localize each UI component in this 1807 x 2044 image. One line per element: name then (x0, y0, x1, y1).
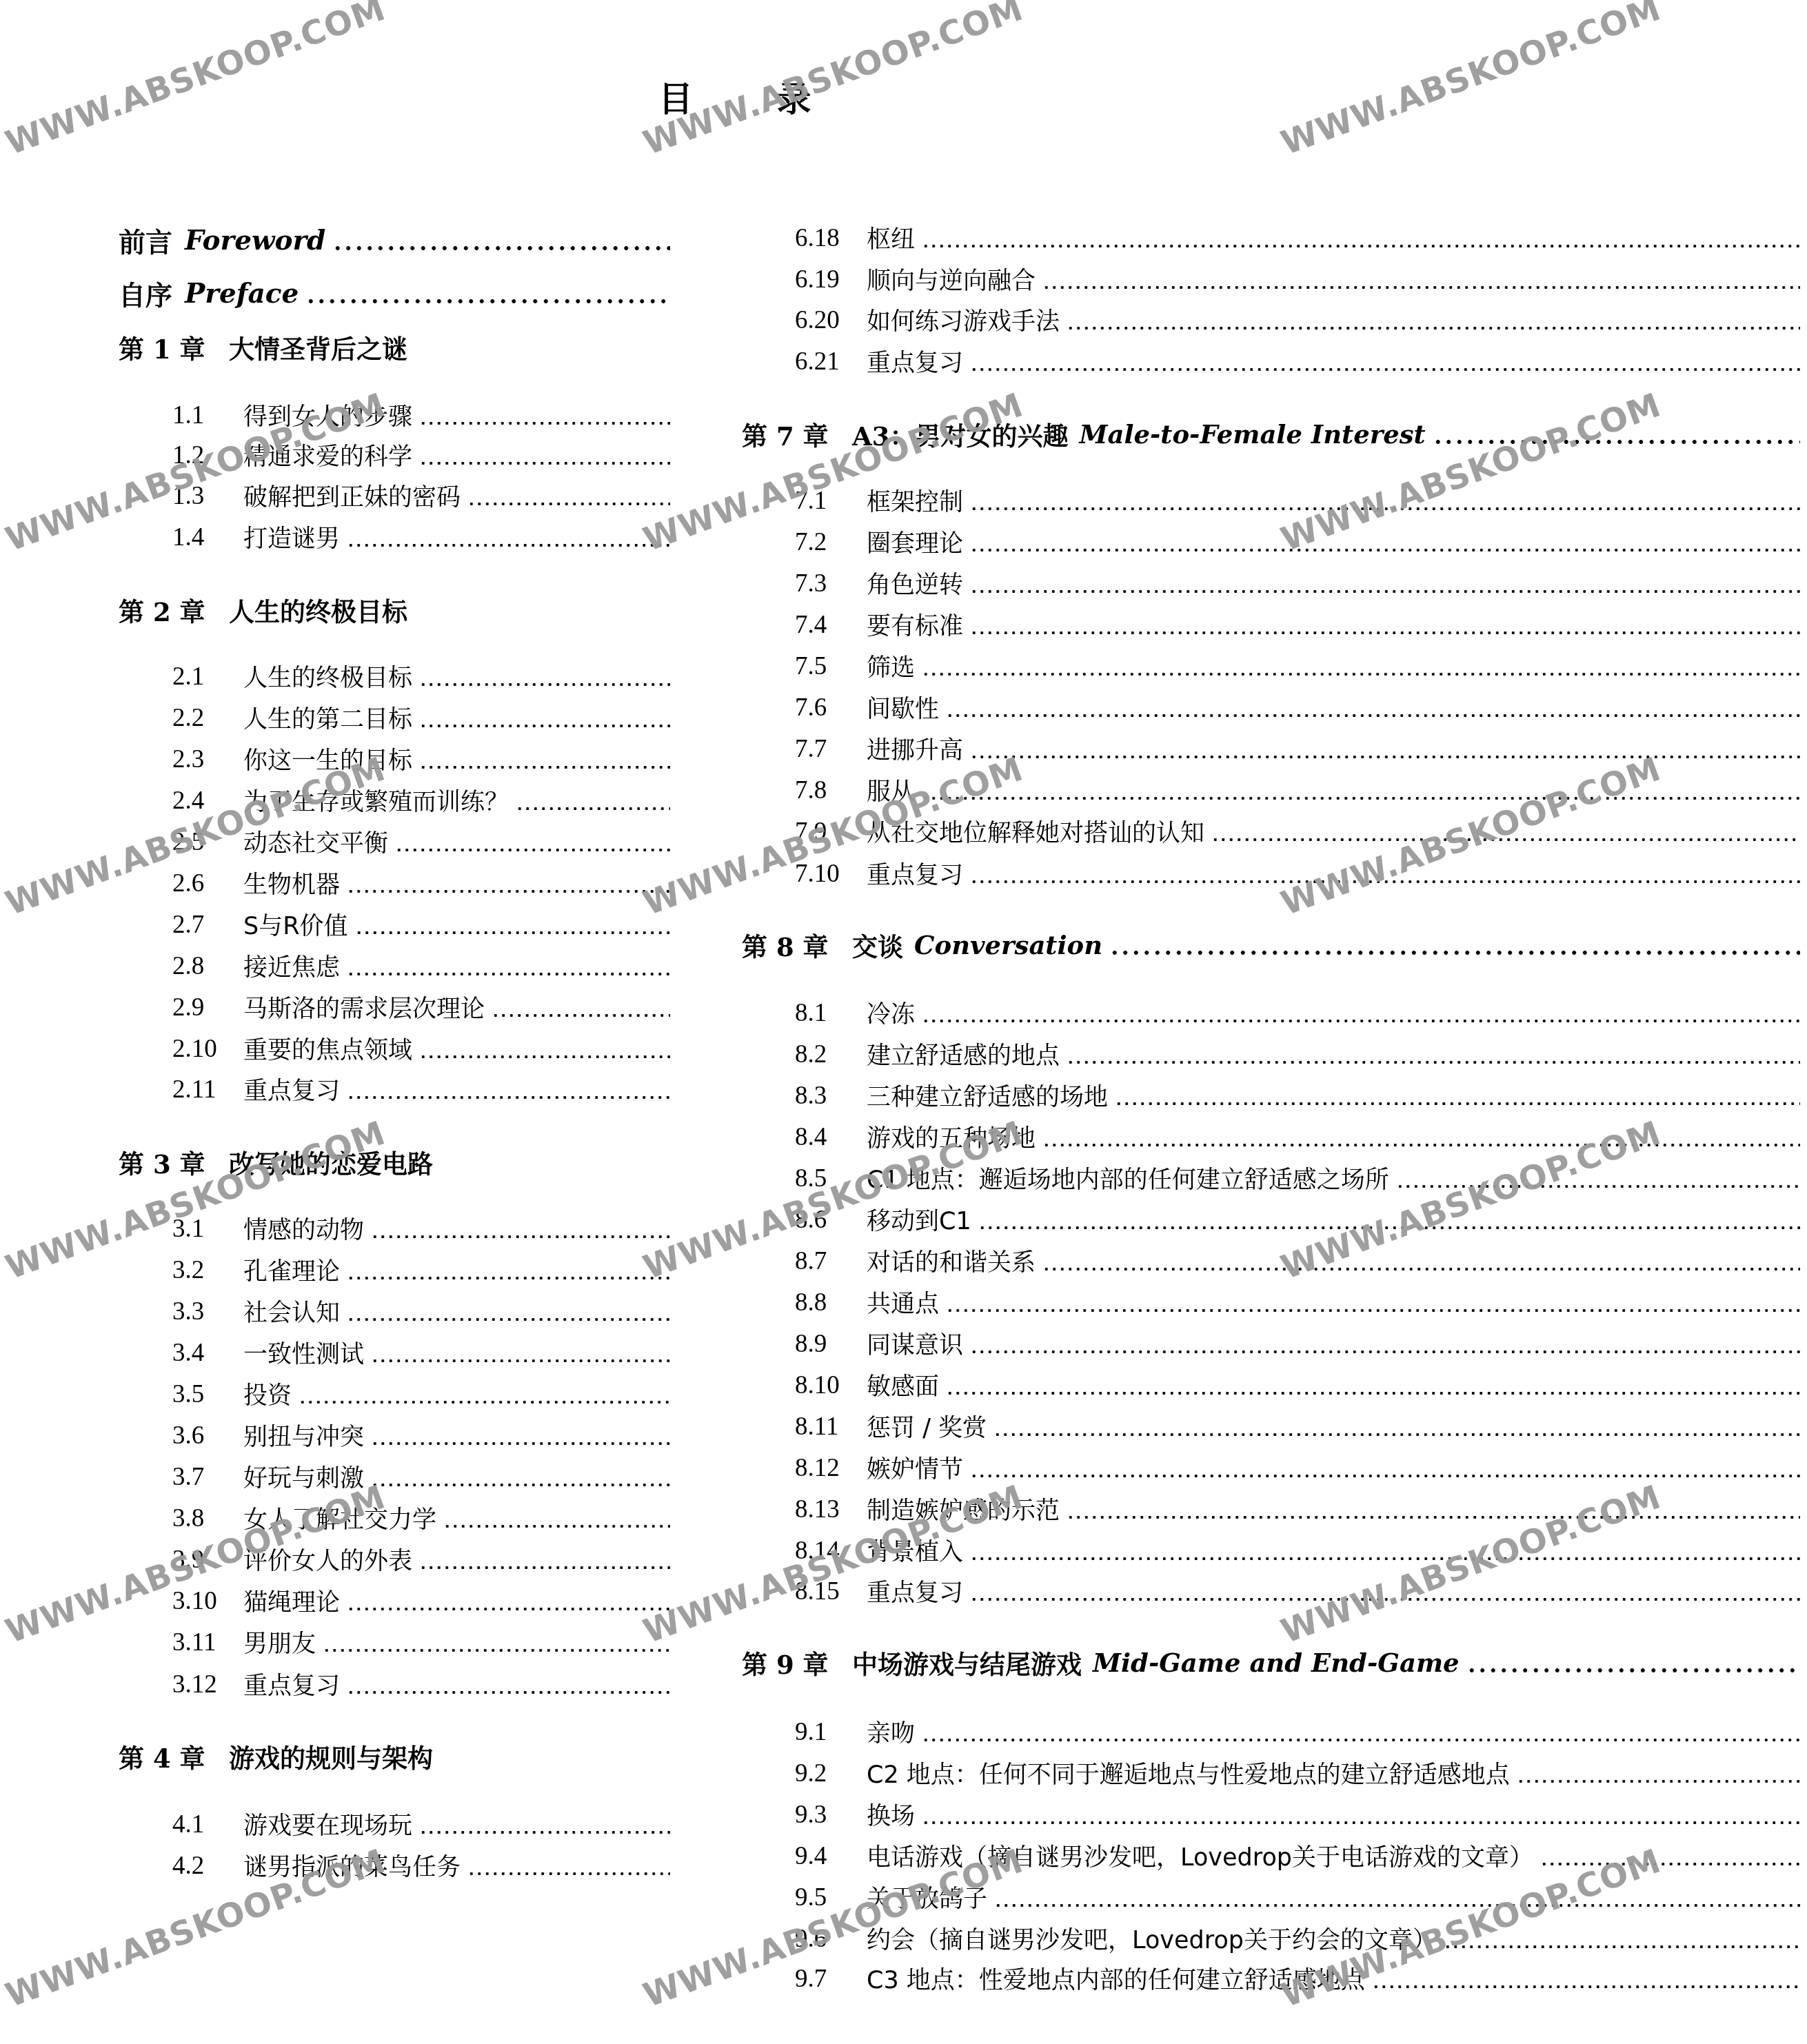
dot-leader (970, 344, 1800, 378)
toc-section-entry[interactable]: 2.4为了生存或繁殖而训练？ (119, 783, 670, 818)
toc-section-entry[interactable]: 3.1情感的动物 (119, 1211, 670, 1246)
toc-front-matter-entry[interactable]: 前言Foreword (119, 223, 670, 258)
dot-leader (1211, 814, 1800, 849)
section-title: 游戏要在现场玩 (243, 1807, 412, 1841)
dot-leader (1067, 1037, 1800, 1071)
section-number: 9.5 (795, 1883, 867, 1912)
dot-leader (419, 659, 670, 694)
dot-leader (922, 1797, 1800, 1832)
section-number: 6.18 (795, 223, 867, 253)
dot-leader (347, 1583, 670, 1618)
dot-leader (299, 1377, 670, 1411)
section-number: 3.10 (172, 1586, 243, 1616)
dot-leader (970, 525, 1800, 559)
section-title: 人生的第二目标 (243, 700, 412, 735)
dot-leader (323, 1625, 670, 1659)
section-title: 重点复习 (243, 1667, 340, 1701)
dot-leader (1067, 303, 1800, 337)
watermark-text: WWW.ABSKOOP.COM (1, 0, 391, 163)
toc-section-entry[interactable]: 2.11重点复习 (119, 1072, 670, 1106)
section-number: 1.3 (172, 481, 243, 511)
toc-section-entry[interactable]: 1.1得到女人的步骤 (119, 398, 670, 432)
section-number: 2.4 (172, 786, 243, 816)
dot-leader (1372, 1961, 1800, 1996)
section-number: 6.20 (795, 305, 867, 335)
section-number: 1.4 (172, 523, 243, 552)
dot-leader (371, 1459, 670, 1494)
toc-section-entry[interactable]: 8.3三种建立舒适感的场地 (742, 1078, 1800, 1113)
section-title: 约会（摘自谜男沙发吧，Lovedrop关于约会的文章） (867, 1921, 1437, 1956)
section-number: 3.7 (172, 1462, 243, 1492)
toc-section-entry[interactable]: 3.6别扭与冲突 (119, 1418, 670, 1453)
section-number: 9.6 (795, 1924, 867, 1954)
section-number: 8.1 (795, 998, 867, 1028)
section-number: 2.6 (172, 869, 243, 898)
dot-leader (347, 866, 670, 900)
section-number: 2.10 (172, 1034, 243, 1064)
section-number: 3.9 (172, 1545, 243, 1575)
toc-section-entry[interactable]: 9.3换场 (742, 1797, 1800, 1832)
section-number: 3.2 (172, 1255, 243, 1285)
section-title: 孔雀理论 (243, 1253, 340, 1287)
dot-leader (419, 742, 670, 776)
chapter-number: 第 3 章 (119, 1144, 229, 1181)
section-title: 接近焦虑 (243, 949, 340, 983)
dot-leader (395, 824, 670, 859)
dot-leader (1115, 1078, 1800, 1113)
toc-section-entry[interactable]: 7.10重点复习 (742, 856, 1800, 891)
toc-section-entry[interactable]: 4.2谜男指派的菜鸟任务 (119, 1848, 670, 1883)
section-title: 关于放鸽子 (867, 1880, 987, 1914)
toc-section-entry[interactable]: 2.8接近焦虑 (119, 949, 670, 983)
section-number: 9.7 (795, 1964, 867, 1994)
chapter-title-zh: 交谈 (852, 927, 903, 964)
toc-section-entry[interactable]: 7.2圈套理论 (742, 525, 1800, 559)
section-title: 敏感面 (867, 1368, 939, 1402)
section-title: 猫绳理论 (243, 1583, 340, 1618)
toc-section-entry[interactable]: 2.1人生的终极目标 (119, 659, 670, 694)
section-number: 6.21 (795, 347, 867, 376)
section-title: 重要的焦点领域 (243, 1031, 412, 1066)
dot-leader (347, 1294, 670, 1328)
section-title: 筛选 (867, 649, 915, 683)
section-number: 7.8 (795, 776, 867, 805)
dot-leader (1109, 928, 1800, 962)
toc-section-entry[interactable]: 3.7好玩与刺激 (119, 1459, 670, 1494)
chapter-title-en: Mid-Game and End-Game (1093, 1648, 1460, 1678)
dot-leader (371, 1211, 670, 1246)
dot-leader (970, 856, 1800, 891)
section-title: 人生的终极目标 (243, 659, 412, 694)
section-title: 间歇性 (867, 690, 939, 725)
section-title: 社会认知 (243, 1294, 340, 1328)
toc-section-entry[interactable]: 2.3你这一生的目标 (119, 742, 670, 776)
dot-leader (347, 520, 670, 554)
page-title: 目 录 (658, 77, 847, 121)
dot-leader (970, 1450, 1800, 1485)
section-title: C2 地点：任何不同于邂逅地点与性爱地点的建立舒适感地点 (867, 1756, 1510, 1790)
section-title: 为了生存或繁殖而训练？ (243, 783, 509, 818)
toc-section-entry[interactable]: 7.7进挪升高 (742, 731, 1800, 766)
section-number: 2.2 (172, 703, 243, 733)
toc-section-entry[interactable]: 3.4一致性测试 (119, 1335, 670, 1370)
chapter-title-en: Male-to-Female Interest (1079, 419, 1425, 449)
dot-leader (946, 1368, 1800, 1402)
toc-section-entry[interactable]: 1.4打造谜男 (119, 520, 670, 554)
section-number: 3.4 (172, 1338, 243, 1368)
section-title: 枢纽 (867, 221, 915, 255)
chapter-number: 第 8 章 (742, 927, 852, 964)
section-title: 制造嫉妒感的示范 (867, 1492, 1060, 1526)
dot-leader (443, 1501, 670, 1535)
section-number: 8.11 (795, 1412, 867, 1441)
dot-leader (419, 438, 670, 472)
toc-section-entry[interactable]: 8.11惩罚 / 奖赏 (742, 1409, 1800, 1444)
dot-leader (1042, 1244, 1800, 1278)
toc-section-entry[interactable]: 9.1亲吻 (742, 1714, 1800, 1749)
toc-section-entry[interactable]: 8.13制造嫉妒感的示范 (742, 1492, 1800, 1526)
dot-leader (1517, 1756, 1800, 1790)
dot-leader (993, 1409, 1800, 1444)
section-title: 嫉妒情节 (867, 1450, 963, 1485)
dot-leader (970, 566, 1800, 600)
toc-section-entry[interactable]: 8.6移动到C1 (742, 1202, 1800, 1237)
section-title: 电话游戏（摘自谜男沙发吧，Lovedrop关于电话游戏的文章） (867, 1839, 1533, 1873)
section-title: C3 地点：性爱地点内部的任何建立舒适感地点 (867, 1961, 1365, 1996)
toc-section-entry[interactable]: 8.1冷冻 (742, 995, 1800, 1030)
dot-leader (970, 483, 1800, 518)
toc-chapter-heading[interactable]: 第 7 章A3：男对女的兴趣Male-to-Female Interest (742, 417, 1800, 452)
toc-section-entry[interactable]: 6.20如何练习游戏手法 (742, 303, 1800, 337)
dot-leader (419, 700, 670, 735)
toc-section-entry[interactable]: 6.21重点复习 (742, 344, 1800, 378)
toc-chapter-heading[interactable]: 第 4 章游戏的规则与架构 (119, 1739, 670, 1774)
toc-chapter-heading[interactable]: 第 1 章大情圣背后之谜 (119, 330, 670, 365)
dot-leader (332, 223, 670, 258)
section-number: 8.9 (795, 1329, 867, 1359)
chapter-title-zh: 大情圣背后之谜 (229, 329, 407, 366)
section-number: 8.6 (795, 1205, 867, 1235)
dot-leader (1042, 262, 1800, 296)
dot-leader (1067, 1492, 1800, 1526)
section-number: 9.2 (795, 1759, 867, 1788)
toc-section-entry[interactable]: 8.7对话的和谐关系 (742, 1244, 1800, 1278)
toc-section-entry[interactable]: 8.2建立舒适感的地点 (742, 1037, 1800, 1071)
section-number: 8.2 (795, 1040, 867, 1069)
section-title: 游戏的五种场地 (867, 1120, 1036, 1154)
section-title: 从社交地位解释她对搭讪的认知 (867, 814, 1204, 849)
toc-section-entry[interactable]: 7.5筛选 (742, 649, 1800, 683)
section-number: 2.11 (172, 1075, 243, 1104)
section-number: 3.6 (172, 1421, 243, 1450)
section-title: 打造谜男 (243, 520, 340, 554)
section-number: 2.3 (172, 745, 243, 774)
dot-leader (467, 1848, 670, 1883)
section-title: 对话的和谐关系 (867, 1244, 1036, 1278)
section-title: 亲吻 (867, 1714, 915, 1749)
entry-title-en: Foreword (185, 225, 325, 256)
section-title: 重点复习 (867, 344, 963, 378)
section-number: 8.4 (795, 1122, 867, 1152)
dot-leader (305, 276, 670, 311)
toc-section-entry[interactable]: 2.2人生的第二目标 (119, 700, 670, 735)
toc-section-entry[interactable]: 2.10重要的焦点领域 (119, 1031, 670, 1066)
section-title: 谜男指派的菜鸟任务 (243, 1848, 461, 1883)
toc-section-entry[interactable]: 7.4要有标准 (742, 607, 1800, 642)
dot-leader (970, 731, 1800, 766)
section-title: 三种建立舒适感的场地 (867, 1078, 1108, 1113)
dot-leader (922, 221, 1800, 255)
section-number: 7.2 (795, 527, 867, 557)
toc-section-entry[interactable]: 3.12重点复习 (119, 1667, 670, 1701)
section-title: 框架控制 (867, 483, 963, 518)
toc-section-entry[interactable]: 7.3角色逆转 (742, 566, 1800, 600)
toc-section-entry[interactable]: 3.9评价女人的外表 (119, 1542, 670, 1577)
toc-front-matter-entry[interactable]: 自序Preface (119, 276, 670, 311)
section-title: 重点复习 (867, 1574, 963, 1608)
watermark-text: WWW.ABSKOOP.COM (1276, 0, 1666, 163)
section-title: 你这一生的目标 (243, 742, 412, 776)
section-title: 惩罚 / 奖赏 (867, 1409, 987, 1444)
section-number: 8.13 (795, 1495, 867, 1524)
toc-section-entry[interactable]: 2.9马斯洛的需求层次理论 (119, 990, 670, 1024)
section-title: 生物机器 (243, 866, 340, 900)
section-title: 动态社交平衡 (243, 824, 388, 859)
section-title: 建立舒适感的地点 (867, 1037, 1060, 1071)
dot-leader (922, 649, 1800, 683)
section-number: 7.10 (795, 859, 867, 889)
entry-title-zh: 自序 (119, 274, 172, 313)
toc-section-entry[interactable]: 8.5C1 地点：邂逅场地内部的任何建立舒适感之场所 (742, 1161, 1800, 1195)
dot-leader (371, 1335, 670, 1370)
dot-leader (371, 1418, 670, 1453)
chapter-title-zh: 人生的终极目标 (229, 591, 407, 629)
chapter-number: 第 2 章 (119, 591, 229, 629)
chapter-title-zh: 改写她的恋爱电路 (229, 1144, 433, 1181)
toc-section-entry[interactable]: 8.4游戏的五种场地 (742, 1120, 1800, 1154)
toc-section-entry[interactable]: 2.6生物机器 (119, 866, 670, 900)
section-number: 8.15 (795, 1577, 867, 1606)
dot-leader (347, 1072, 670, 1106)
section-title: 好玩与刺激 (243, 1459, 364, 1494)
section-number: 2.9 (172, 993, 243, 1022)
toc-section-entry[interactable]: 6.19顺向与逆向融合 (742, 262, 1800, 296)
toc-section-entry[interactable]: 2.5动态社交平衡 (119, 824, 670, 859)
section-number: 3.5 (172, 1379, 243, 1409)
dot-leader (419, 398, 670, 432)
dot-leader (922, 995, 1800, 1030)
section-number: 3.12 (172, 1670, 243, 1699)
dot-leader (1444, 1921, 1800, 1956)
dot-leader (922, 1714, 1800, 1749)
chapter-title-zh: 中场游戏与结尾游戏 (852, 1644, 1082, 1681)
section-title: 情感的动物 (243, 1211, 364, 1246)
section-title: 女人了解社交力学 (243, 1501, 436, 1535)
section-title: 换场 (867, 1797, 915, 1832)
toc-section-entry[interactable]: 9.4电话游戏（摘自谜男沙发吧，Lovedrop关于电话游戏的文章） (742, 1839, 1800, 1873)
entry-title-en: Preface (185, 278, 299, 310)
toc-chapter-heading[interactable]: 第 2 章人生的终极目标 (119, 593, 670, 627)
section-title: 评价女人的外表 (243, 1542, 412, 1577)
section-number: 4.1 (172, 1810, 243, 1839)
section-number: 8.14 (795, 1536, 867, 1566)
section-number: 3.11 (172, 1628, 243, 1657)
section-number: 7.3 (795, 569, 867, 598)
section-number: 3.8 (172, 1504, 243, 1533)
section-title: 角色逆转 (867, 566, 963, 600)
section-number: 3.3 (172, 1297, 243, 1326)
dot-leader (1042, 1120, 1800, 1154)
toc-section-entry[interactable]: 8.9同谋意识 (742, 1326, 1800, 1361)
toc-section-entry[interactable]: 3.10猫绳理论 (119, 1583, 670, 1618)
section-number: 7.1 (795, 486, 867, 516)
section-number: 2.8 (172, 951, 243, 981)
dot-leader (347, 1253, 670, 1287)
chapter-number: 第 4 章 (119, 1738, 229, 1775)
toc-section-entry[interactable]: 3.3社会认知 (119, 1294, 670, 1328)
section-number: 1.1 (172, 401, 243, 430)
toc-section-entry[interactable]: 8.14背景植入 (742, 1533, 1800, 1568)
section-number: 6.19 (795, 265, 867, 294)
toc-chapter-heading[interactable]: 第 9 章中场游戏与结尾游戏Mid-Game and End-Game (742, 1646, 1800, 1680)
toc-section-entry[interactable]: 7.8服从 (742, 773, 1800, 807)
toc-section-entry[interactable]: 6.18枢纽 (742, 221, 1800, 255)
toc-chapter-heading[interactable]: 第 8 章交谈Conversation (742, 928, 1800, 962)
section-number: 9.1 (795, 1717, 867, 1747)
section-number: 8.10 (795, 1370, 867, 1400)
section-title: 背景植入 (867, 1533, 963, 1568)
toc-section-entry[interactable]: 8.8共通点 (742, 1285, 1800, 1319)
dot-leader (1540, 1839, 1800, 1873)
section-number: 1.2 (172, 441, 243, 470)
dot-leader (419, 1807, 670, 1841)
section-number: 9.3 (795, 1800, 867, 1830)
section-title: 共通点 (867, 1285, 939, 1319)
dot-leader (970, 1574, 1800, 1608)
dot-leader (922, 773, 1800, 807)
section-title: 马斯洛的需求层次理论 (243, 990, 485, 1024)
section-title: 重点复习 (867, 856, 963, 891)
dot-leader (492, 990, 670, 1024)
toc-section-entry[interactable]: 2.7S与R价值 (119, 907, 670, 942)
dot-leader (994, 1880, 1800, 1914)
section-number: 7.7 (795, 734, 867, 764)
section-title: 一致性测试 (243, 1335, 364, 1370)
entry-title-zh: 前言 (119, 221, 172, 260)
dot-leader (978, 1202, 1800, 1237)
section-number: 9.4 (795, 1841, 867, 1871)
section-title: S与R价值 (243, 907, 348, 942)
toc-section-entry[interactable]: 9.7C3 地点：性爱地点内部的任何建立舒适感地点 (742, 1961, 1800, 1996)
dot-leader (946, 1285, 1800, 1319)
dot-leader (1433, 417, 1800, 452)
toc-chapter-heading[interactable]: 第 3 章改写她的恋爱电路 (119, 1145, 670, 1180)
section-title: 同谋意识 (867, 1326, 963, 1361)
section-title: 进挪升高 (867, 731, 963, 766)
section-title: 圈套理论 (867, 525, 963, 559)
toc-section-entry[interactable]: 4.1游戏要在现场玩 (119, 1807, 670, 1841)
section-number: 7.9 (795, 817, 867, 847)
section-number: 2.7 (172, 910, 243, 940)
section-title: 移动到C1 (867, 1202, 971, 1237)
section-number: 7.5 (795, 651, 867, 681)
toc-section-entry[interactable]: 8.10敏感面 (742, 1368, 1800, 1402)
section-title: 重点复习 (243, 1072, 340, 1106)
toc-section-entry[interactable]: 3.2孔雀理论 (119, 1253, 670, 1287)
toc-section-entry[interactable]: 9.2C2 地点：任何不同于邂逅地点与性爱地点的建立舒适感地点 (742, 1756, 1800, 1790)
dot-leader (467, 478, 670, 513)
toc-section-entry[interactable]: 7.6间歇性 (742, 690, 1800, 725)
section-number: 8.3 (795, 1081, 867, 1111)
dot-leader (355, 907, 670, 942)
section-number: 8.7 (795, 1246, 867, 1276)
toc-section-entry[interactable]: 9.6约会（摘自谜男沙发吧，Lovedrop关于约会的文章） (742, 1921, 1800, 1956)
section-number: 3.1 (172, 1214, 243, 1244)
chapter-number: 第 7 章 (742, 416, 852, 453)
chapter-number: 第 9 章 (742, 1644, 852, 1681)
dot-leader (946, 690, 1800, 725)
section-title: 得到女人的步骤 (243, 398, 412, 432)
section-title: 如何练习游戏手法 (867, 303, 1060, 337)
toc-section-entry[interactable]: 9.5关于放鸽子 (742, 1880, 1800, 1914)
section-title: 别扭与冲突 (243, 1418, 364, 1453)
dot-leader (970, 1533, 1800, 1568)
dot-leader (419, 1031, 670, 1066)
dot-leader (970, 1326, 1800, 1361)
toc-section-entry[interactable]: 7.9从社交地位解释她对搭讪的认知 (742, 814, 1800, 849)
toc-section-entry[interactable]: 3.11男朋友 (119, 1625, 670, 1659)
section-number: 2.1 (172, 662, 243, 691)
toc-section-entry[interactable]: 8.12嫉妒情节 (742, 1450, 1800, 1485)
dot-leader (347, 1667, 670, 1701)
section-title: 投资 (243, 1377, 292, 1411)
chapter-title-zh: 游戏的规则与架构 (229, 1738, 433, 1775)
toc-section-entry[interactable]: 1.3破解把到正妹的密码 (119, 478, 670, 513)
section-title: C1 地点：邂逅场地内部的任何建立舒适感之场所 (867, 1161, 1389, 1195)
dot-leader (516, 783, 670, 818)
section-title: 破解把到正妹的密码 (243, 478, 461, 513)
dot-leader (1396, 1161, 1800, 1195)
section-title: 要有标准 (867, 607, 963, 642)
toc-section-entry[interactable]: 3.5投资 (119, 1377, 670, 1411)
section-title: 服从 (867, 773, 915, 807)
dot-leader (419, 1542, 670, 1577)
toc-section-entry[interactable]: 8.15重点复习 (742, 1574, 1800, 1608)
section-number: 7.4 (795, 610, 867, 640)
section-number: 4.2 (172, 1851, 243, 1881)
chapter-number: 第 1 章 (119, 329, 229, 366)
toc-section-entry[interactable]: 7.1框架控制 (742, 483, 1800, 518)
section-number: 8.12 (795, 1453, 867, 1483)
dot-leader (347, 949, 670, 983)
section-title: 冷冻 (867, 995, 915, 1030)
dot-leader (1466, 1646, 1800, 1680)
toc-section-entry[interactable]: 1.2精通求爱的科学 (119, 438, 670, 472)
section-number: 8.8 (795, 1288, 867, 1317)
toc-section-entry[interactable]: 3.8女人了解社交力学 (119, 1501, 670, 1535)
chapter-title-en: Conversation (914, 930, 1102, 960)
section-number: 8.5 (795, 1164, 867, 1193)
section-title: 男朋友 (243, 1625, 316, 1659)
section-number: 7.6 (795, 693, 867, 722)
dot-leader (970, 607, 1800, 642)
section-number: 2.5 (172, 827, 243, 857)
section-title: 顺向与逆向融合 (867, 262, 1036, 296)
chapter-title-zh: A3：男对女的兴趣 (852, 416, 1068, 453)
section-title: 精通求爱的科学 (243, 438, 412, 472)
